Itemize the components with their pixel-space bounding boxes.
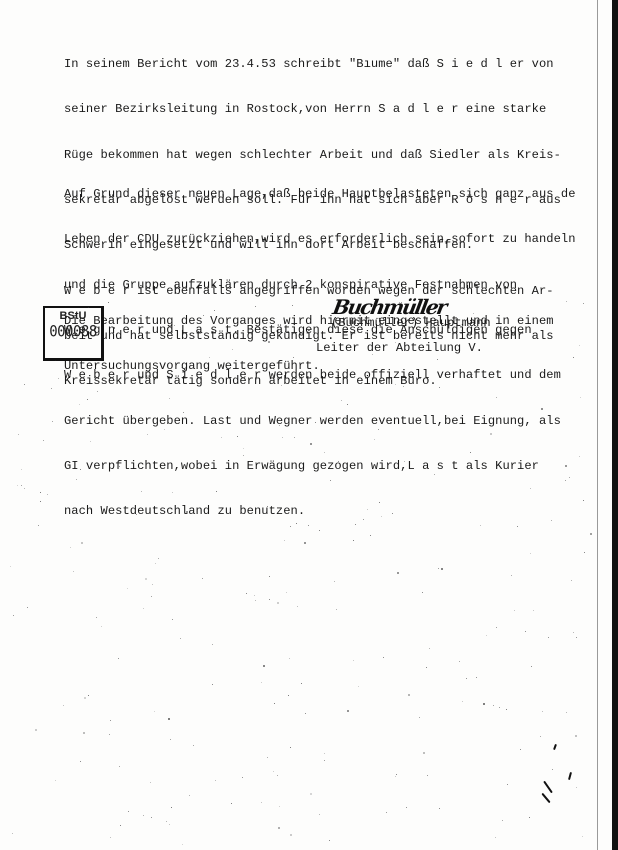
scan-speck [212, 644, 213, 645]
scan-speck [480, 525, 481, 526]
scan-speck [76, 479, 77, 480]
scan-speck [329, 840, 330, 841]
scan-speck [166, 821, 167, 822]
scan-speck [399, 302, 400, 303]
scan-speck [212, 684, 213, 685]
scan-speck [262, 337, 263, 338]
scan-speck [269, 576, 270, 577]
scan-speck [43, 440, 44, 441]
scan-speck [363, 519, 364, 520]
scan-speck [154, 711, 155, 712]
scan-speck [290, 747, 291, 748]
scan-speck [294, 437, 295, 438]
scan-speck [12, 833, 13, 834]
scan-speck [397, 572, 399, 574]
scan-speck [426, 667, 427, 668]
scan-speck [128, 811, 129, 812]
scan-speck [261, 682, 262, 683]
scan-speck [92, 462, 93, 463]
text-line: Leben der CDU zurückziehen,wird es erfor… [64, 232, 594, 247]
scan-speck [40, 492, 41, 493]
scan-speck [565, 480, 566, 481]
scan-speck [576, 637, 577, 638]
scan-speck [108, 302, 109, 303]
scan-speck [216, 491, 217, 492]
scan-speck [541, 408, 543, 410]
scan-speck [27, 607, 28, 608]
text-line: seiner Bezirksleitung in Rostock,von Her… [64, 102, 594, 117]
scan-speck [379, 502, 380, 503]
scan-speck [141, 491, 142, 492]
scan-speck [355, 524, 356, 525]
scan-speck [303, 373, 305, 375]
scan-speck [168, 718, 170, 720]
scan-speck [353, 660, 354, 661]
scan-speck [573, 632, 574, 633]
scan-speck [182, 844, 183, 845]
scan-speck [470, 452, 471, 453]
text-line: GI verpflichten,wobei in Erwägung gezoge… [64, 459, 594, 474]
scan-speck [254, 595, 255, 596]
scan-speck [119, 466, 120, 467]
scan-speck [569, 477, 570, 478]
scan-speck [24, 384, 25, 385]
scan-speck [17, 485, 18, 486]
scan-speck [493, 705, 494, 706]
scan-speck [548, 637, 549, 638]
scan-speck [511, 575, 512, 576]
scan-speck [422, 592, 423, 593]
scan-speck [152, 584, 153, 585]
scan-speck [10, 566, 11, 567]
scan-speck [583, 500, 584, 501]
archive-stamp: BStU 000088 [43, 306, 104, 361]
scan-speck [170, 739, 171, 740]
scan-speck [579, 456, 580, 457]
scan-speck [263, 665, 265, 667]
scan-speck [486, 635, 487, 636]
scan-speck [180, 638, 181, 639]
scan-speck [530, 488, 531, 489]
scan-speck [145, 578, 147, 580]
scan-speck [277, 602, 279, 604]
scan-speck [110, 837, 111, 838]
scan-speck [542, 711, 543, 712]
scan-speck [506, 709, 507, 710]
scan-speck [221, 437, 222, 438]
scan-speck [552, 769, 553, 770]
scan-speck [52, 421, 53, 422]
scan-speck [566, 301, 567, 302]
handwritten-mark [568, 772, 572, 780]
scan-speck [531, 666, 532, 667]
text-line: Auf Grund dieser neuen Lage,daß beide Ha… [64, 187, 594, 202]
scan-speck [575, 735, 577, 737]
scan-speck [496, 627, 497, 628]
scan-speck [495, 837, 496, 838]
scan-speck [21, 469, 22, 470]
scan-speck [63, 705, 64, 706]
scan-speck [483, 703, 485, 705]
scan-speck [514, 610, 515, 611]
scan-speck [571, 580, 572, 581]
scan-speck [427, 775, 428, 776]
text-line: In seinem Bericht vom 23.4.53 schreibt "… [64, 57, 594, 72]
scan-speck [127, 588, 128, 589]
scan-speck [273, 771, 274, 772]
scan-speck [155, 563, 156, 564]
scan-speck [120, 825, 121, 826]
scan-speck [73, 571, 74, 572]
scan-speck [476, 677, 477, 678]
scan-speck [499, 707, 500, 708]
scan-speck [429, 648, 430, 649]
scan-speck [282, 437, 283, 438]
scan-speck [109, 734, 110, 735]
scan-speck [305, 713, 306, 714]
handwritten-mark [553, 744, 557, 750]
scan-speck [381, 516, 382, 517]
scanned-document-page: In seinem Bericht vom 23.4.53 schreibt "… [0, 0, 618, 850]
text-line: Gericht übergeben. Last und Wegner werde… [64, 414, 594, 429]
scan-speck [584, 552, 585, 553]
scan-speck [246, 593, 247, 594]
scan-speck [583, 303, 584, 304]
scan-speck [290, 526, 291, 527]
scan-speck [297, 606, 298, 607]
scan-speck [466, 678, 467, 679]
scan-speck [290, 834, 292, 836]
scan-speck [462, 701, 463, 702]
scan-speck [215, 780, 216, 781]
scan-speck [118, 658, 119, 659]
scan-speck [507, 784, 508, 785]
scan-speck [90, 509, 91, 510]
scan-speck [255, 600, 256, 601]
scan-speck [84, 697, 86, 699]
scan-edge-shadow [612, 0, 618, 850]
scan-speck [255, 363, 256, 364]
scan-speck [301, 683, 302, 684]
scan-speck [525, 631, 526, 632]
scan-speck [380, 380, 382, 382]
scan-speck [396, 774, 397, 775]
scan-speck [183, 412, 184, 413]
scan-speck [502, 820, 503, 821]
scan-speck [540, 736, 541, 737]
scan-speck [202, 578, 203, 579]
scan-speck [151, 817, 152, 818]
scan-speck [289, 658, 290, 659]
scan-speck [324, 760, 325, 761]
scan-speck [551, 520, 552, 521]
scan-speck [231, 803, 232, 804]
scan-speck [101, 626, 102, 627]
signatory-name: (Buchmüller) Hauptmann [331, 316, 491, 330]
scan-speck [24, 488, 25, 489]
scan-speck [459, 661, 460, 662]
scan-speck [158, 558, 159, 559]
scan-speck [21, 485, 22, 486]
scan-speck [277, 775, 278, 776]
scan-speck [189, 795, 190, 796]
scan-speck [193, 745, 194, 746]
handwritten-mark [543, 781, 553, 794]
scan-speck [439, 808, 440, 809]
scan-speck [13, 615, 14, 616]
text-line: Die Bearbeitung des Vorganges wird hierm… [64, 314, 594, 329]
stamp-title: BStU [45, 310, 101, 322]
scan-speck [119, 766, 120, 767]
scan-speck [319, 814, 320, 815]
scan-speck [267, 757, 268, 758]
scan-speck [279, 806, 280, 807]
scan-speck [358, 686, 359, 687]
scan-speck [310, 443, 312, 445]
scan-speck [286, 592, 287, 593]
scan-speck [278, 827, 280, 829]
scan-speck [38, 525, 39, 526]
scan-speck [243, 448, 244, 449]
scan-speck [110, 720, 111, 721]
scan-speck [336, 609, 337, 610]
scan-speck [80, 761, 81, 762]
scan-speck [520, 749, 521, 750]
scan-speck [269, 599, 270, 600]
scan-speck [96, 617, 97, 618]
scan-speck [408, 694, 410, 696]
scan-speck [566, 712, 567, 713]
scan-speck [324, 753, 325, 754]
scan-speck [55, 360, 56, 361]
scan-speck [143, 815, 144, 816]
scan-speck [18, 434, 19, 435]
scan-speck [35, 729, 37, 731]
scan-speck [83, 732, 85, 734]
scan-speck [347, 710, 349, 712]
scan-speck [438, 568, 439, 569]
scan-speck [533, 610, 534, 611]
scan-speck [51, 388, 52, 389]
scan-speck [395, 776, 396, 777]
scan-speck [334, 581, 335, 582]
scan-speck [374, 439, 375, 440]
scan-speck [214, 310, 215, 311]
scan-speck [490, 433, 492, 435]
scan-speck [582, 836, 583, 837]
scan-speck [151, 596, 152, 597]
scan-speck [90, 422, 91, 423]
scan-speck [55, 780, 56, 781]
scan-speck [243, 455, 244, 456]
scan-speck [390, 422, 392, 424]
scan-speck [268, 341, 270, 343]
scan-speck [386, 812, 387, 813]
scan-speck [395, 342, 396, 343]
scan-speck [423, 752, 425, 754]
scan-speck [383, 657, 384, 658]
scan-speck [172, 619, 173, 620]
scan-speck [169, 824, 170, 825]
scan-speck [209, 357, 210, 358]
scan-speck [67, 416, 68, 417]
stamp-number: 000088 [45, 323, 101, 341]
scan-speck [274, 703, 275, 704]
scan-speck [267, 506, 268, 507]
scan-speck [441, 568, 443, 570]
scan-speck [576, 787, 577, 788]
text-line: nach Westdeutschland zu benutzen. [64, 504, 594, 519]
scan-speck [242, 777, 243, 778]
scan-speck [58, 378, 59, 379]
scan-speck [247, 422, 248, 423]
scan-speck [261, 802, 262, 803]
scan-speck [304, 542, 306, 544]
scan-speck [315, 422, 316, 423]
scan-speck [319, 530, 320, 531]
scan-speck [590, 533, 592, 535]
handwritten-mark [541, 793, 550, 803]
scan-speck [81, 542, 83, 544]
scan-speck [88, 695, 89, 696]
scan-edge-line [597, 0, 598, 850]
scan-speck [40, 501, 41, 502]
scan-speck [143, 608, 144, 609]
text-line: Untersuchungsvorgang weitergeführt. [64, 359, 594, 374]
scan-speck [529, 817, 530, 818]
scan-speck [47, 494, 48, 495]
scan-speck [530, 553, 531, 554]
scan-speck [171, 807, 172, 808]
scan-speck [406, 807, 407, 808]
scan-speck [150, 782, 151, 783]
signatory-role: Leiter der Abteilung V. [316, 341, 483, 355]
scan-speck [288, 695, 289, 696]
scan-speck [310, 793, 312, 795]
scan-speck [419, 717, 420, 718]
